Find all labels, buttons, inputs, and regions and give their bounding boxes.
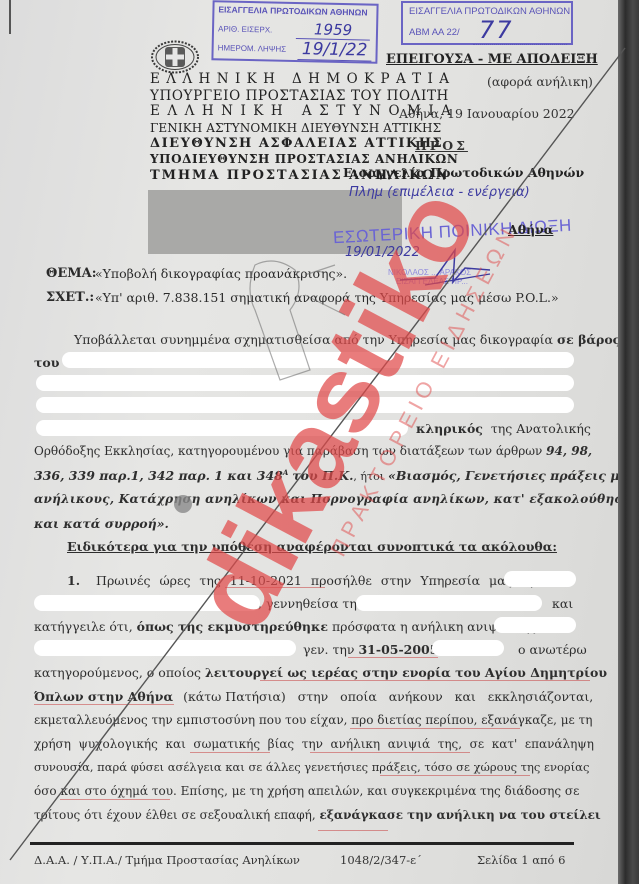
incoming-stamp-date: 19/1/22: [297, 39, 371, 62]
section-heading: Ειδικότερα για την υπόθεση αναφέρονται σ…: [67, 539, 557, 554]
abm-stamp-label: ΑΒΜ ΑΑ 22/: [409, 27, 460, 38]
p1-line-2b: και: [552, 596, 573, 611]
birthdate: 31-05-2005: [358, 642, 438, 657]
pen-underline: [310, 752, 470, 753]
page-number: Σελίδα 1 από 6: [477, 853, 565, 867]
itoi: , ήτοι: [353, 470, 384, 483]
p1-text: Πρωινές ώρες της 11-10-2021 προσήλθε στη…: [96, 573, 533, 588]
header-line-security-directorate: ΔΙΕΥΘΥΝΣΗ ΑΣΦΑΛΕΙΑΣ ΑΤΤΙΚΗΣ: [150, 136, 443, 152]
p1-line-11: τρίτους ότι έχουν έλθει σε σεξουαλική επ…: [34, 808, 601, 822]
redaction: [36, 420, 408, 436]
p1-l5a: κατηγορούμενος, ο οποίος: [34, 665, 201, 680]
charges-line-b: ανήλικους, Κατάχρηση ανηλίκων και Πορνογ…: [34, 492, 618, 506]
redaction: [432, 640, 504, 656]
desk-edge: [618, 0, 639, 884]
p1-line-7: εκμεταλλευόμενος την εμπιστοσύνη που του…: [34, 713, 592, 727]
charges-line-c: και κατά συρροή».: [34, 516, 169, 531]
redaction: [36, 397, 574, 413]
redaction: [62, 352, 574, 368]
p1-line-9: συνουσία, παρά φύσει ασέλγεια και σε άλλ…: [34, 760, 589, 774]
p1-l5b: λειτουργεί ως ιερέας στην ενορία του Αγί…: [205, 665, 607, 680]
abm-stamp-number: 77: [473, 16, 567, 45]
incoming-stamp-title: ΕΙΣΑΓΓΕΛΙΑ ΠΡΩΤΟΔΙΚΩΝ ΑΘΗΝΩΝ: [218, 4, 367, 17]
articles-sup: Α: [283, 468, 288, 477]
recipient: Εισαγγελία Πρωτοδικών Αθηνών: [343, 165, 584, 180]
incoming-stamp-number-label: ΑΡΙΘ. ΕΙΣΕΡΧ.: [218, 24, 272, 34]
intro-bold: σε βάρος: [557, 332, 618, 347]
p1-l4a: γεν. την: [303, 642, 355, 657]
p1-line-8: χρήση ψυχολογικής και σωματικής βίας την…: [34, 737, 594, 751]
articles-line: 336, 339 παρ.1, 342 παρ. 1 και 348Α του …: [34, 468, 618, 483]
incoming-stamp-number: 1959: [296, 20, 370, 41]
subject-label: ΘΕΜΑ:: [46, 266, 97, 281]
p1-l3b: όπως της εκμυστηρεύθηκε: [137, 619, 328, 634]
p1-l11a: τρίτους ότι έχουν έλθει σε σεξουαλική επ…: [34, 808, 316, 822]
redaction: [36, 375, 574, 391]
p1-line-4c: ο ανωτέρω: [518, 642, 587, 657]
p1-line-6: Όπλων στην Αθήνα (κάτω Πατήσια) στην οπο…: [34, 689, 593, 704]
redaction: [356, 595, 542, 611]
about-minor-label: (αφορά ανήλικη): [487, 74, 593, 89]
greek-coat-of-arms-icon: [150, 40, 200, 74]
p1-line-4: γεν. την 31-05-2005: [303, 642, 438, 657]
charges-a: «Βιασμός, Γενετήσιες πράξεις με: [388, 468, 618, 483]
articles-b: 336, 339 παρ.1, 342 παρ. 1 και 348: [34, 468, 283, 483]
pen-underline: [190, 752, 270, 753]
p1-l6a: Όπλων στην Αθήνα: [34, 689, 173, 704]
cleric-line: κληρικός της Ανατολικής: [416, 421, 591, 436]
p1-line-10: όσο και στο όχημά του. Επίσης, με τη χρή…: [34, 784, 579, 798]
redaction: [34, 595, 260, 611]
pen-underline: [34, 704, 174, 705]
p1-line-1: 1. Πρωινές ώρες της 11-10-2021 προσήλθε …: [67, 573, 533, 588]
charge-text: Ορθόδοξης Εκκλησίας, κατηγορουμένου για …: [34, 444, 542, 458]
p1-l11b: εξανάγκασε την ανήλικη να του στείλει: [320, 808, 601, 822]
header-line-republic: ΕΛΛΗΝΙΚΗ ΔΗΜΟΚΡΑΤΙΑ: [150, 72, 455, 88]
related-label: ΣΧΕΤ.:: [46, 290, 94, 305]
related-text: «Υπ' αριθ. 7.838.151 σηματική αναφορά τη…: [95, 290, 559, 305]
intro-line-1: Υποβάλλεται συνημμένα σχηματισθείσα από …: [74, 332, 618, 347]
pen-underline: [260, 680, 590, 681]
recipient-city: Αθήνα: [508, 222, 553, 237]
articles-a: 94, 98,: [546, 444, 592, 458]
document-date: Αθήνα, 19 Ιανουαρίου 2022: [399, 106, 575, 121]
p1-l6b: (κάτω Πατήσια) στην οποία ανήκουν και εκ…: [183, 689, 593, 704]
staple: [9, 0, 11, 34]
intro-line-2: του: [34, 355, 59, 370]
document-page: ΕΛΛΗΝΙΚΗ ΔΗΜΟΚΡΑΤΙΑ ΥΠΟΥΡΓΕΙΟ ΠΡΟΣΤΑΣΙΑΣ…: [0, 0, 618, 884]
header-line-general-directorate: ΓΕΝΙΚΗ ΑΣΤΥΝΟΜΙΚΗ ΔΙΕΥΘΥΝΣΗ ΑΤΤΙΚΗΣ: [150, 121, 441, 137]
pen-underline: [350, 728, 520, 729]
abm-stamp: ΕΙΣΑΓΓΕΛΙΑ ΠΡΩΤΟΔΙΚΩΝ ΑΘΗΝΩΝ ΑΒΜ ΑΑ 22/ …: [401, 1, 573, 45]
pen-underline: [380, 775, 530, 776]
subject-text: «Υποβολή δικογραφίας προανάκρισης».: [95, 266, 347, 281]
p1-number: 1.: [67, 573, 80, 588]
pen-underline: [348, 657, 438, 658]
footer-reference: 1048/2/347-ε΄: [340, 853, 422, 867]
cleric-rest: της Ανατολικής: [491, 421, 591, 436]
incoming-stamp-date-label: ΗΜΕΡΟΜ. ΛΗΨΗΣ: [218, 43, 287, 53]
pen-underline: [318, 830, 388, 831]
footer-rule: [30, 842, 574, 845]
p1-l3a: κατήγγειλε ότι,: [34, 619, 133, 634]
charge-line: Ορθόδοξης Εκκλησίας, κατηγορουμένου για …: [34, 444, 592, 458]
footer-department: Δ.Α.Α. / Υ.Π.Α./ Τμήμα Προστασίας Ανηλίκ…: [34, 853, 300, 867]
urgent-label: ΕΠΕΙΓΟΥΣΑ - ΜΕ ΑΠΟΔΕΙΞΗ: [386, 52, 598, 67]
redaction: [504, 571, 576, 587]
to-label: ΠΡΟΣ: [415, 138, 468, 153]
handwritten-note: Πλημ (επιμέλεια - ενέργεια): [349, 185, 530, 200]
redaction: [494, 617, 576, 633]
pen-underline: [60, 799, 170, 800]
intro-text: Υποβάλλεται συνημμένα σχηματισθείσα από …: [74, 332, 553, 347]
p1-line-2a: , γεννηθείσα την: [258, 596, 364, 611]
signature: [395, 240, 495, 290]
incoming-stamp: ΕΙΣΑΓΓΕΛΙΑ ΠΡΩΤΟΔΙΚΩΝ ΑΘΗΝΩΝ ΑΡΙΘ. ΕΙΣΕΡ…: [211, 0, 378, 63]
pen-underline: [225, 587, 325, 588]
redaction: [34, 640, 296, 656]
p1-line-5: κατηγορούμενος, ο οποίος λειτουργεί ως ι…: [34, 665, 607, 680]
cleric-bold: κληρικός: [416, 421, 483, 436]
articles-c: του Π.Κ.: [292, 468, 353, 483]
p1-line-3: κατήγγειλε ότι, όπως της εκμυστηρεύθηκε …: [34, 619, 537, 634]
